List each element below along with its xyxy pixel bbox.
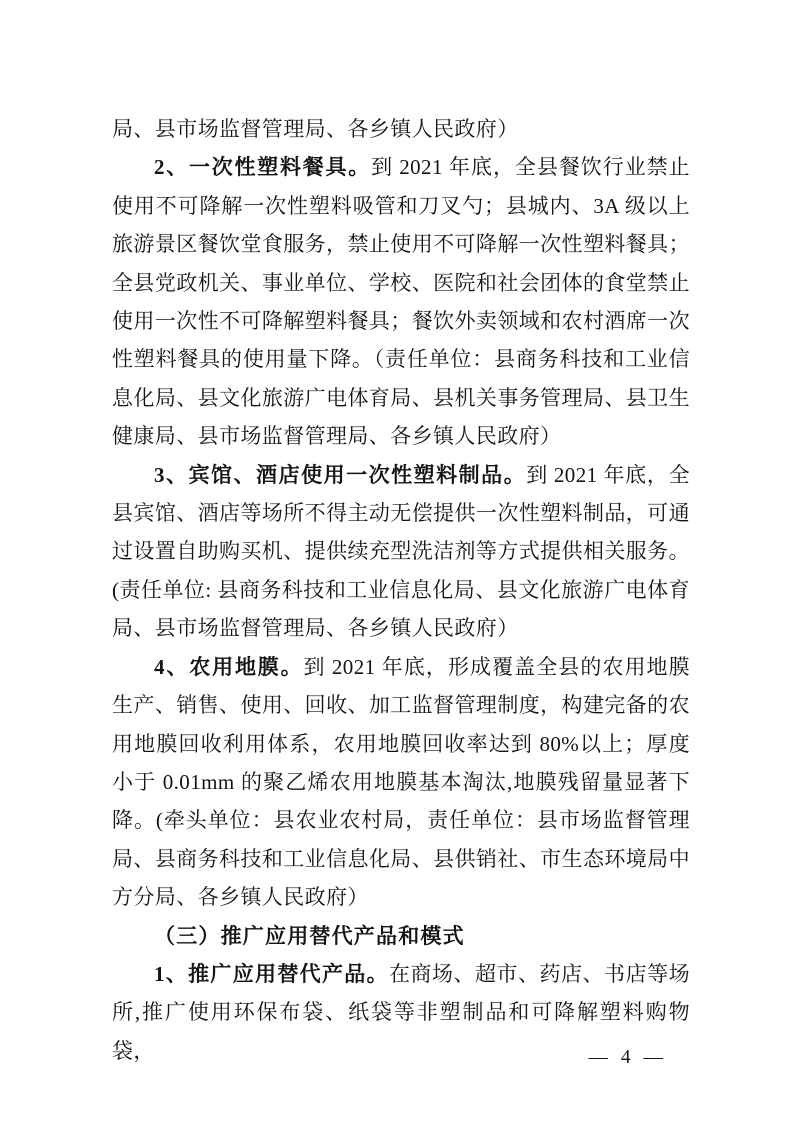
- page-footer: — 4 —: [0, 1046, 793, 1076]
- page-number: — 4 —: [589, 1046, 668, 1070]
- document-body: 局、县市场监督管理局、各乡镇人民政府） 2、一次性塑料餐具。到 2021 年底，…: [112, 110, 690, 1070]
- paragraph-continuation: 局、县市场监督管理局、各乡镇人民政府）: [112, 110, 690, 148]
- document-page: 局、县市场监督管理局、各乡镇人民政府） 2、一次性塑料餐具。到 2021 年底，…: [0, 0, 793, 1122]
- paragraph-disposable-tableware: 2、一次性塑料餐具。到 2021 年底，全县餐饮行业禁止使用不可降解一次性塑料吸…: [112, 148, 690, 455]
- paragraph-lead: 2、一次性塑料餐具。: [154, 155, 371, 179]
- section-heading-text: （三）推广应用替代产品和模式: [154, 924, 465, 948]
- paragraph-hotel-plastic-products: 3、宾馆、酒店使用一次性塑料制品。到 2021 年底，全县宾馆、酒店等场所不得主…: [112, 456, 690, 648]
- paragraph-text: 到 2021 年底，全县餐饮行业禁止使用不可降解一次性塑料吸管和刀叉勺；县城内、…: [112, 155, 690, 448]
- section-heading-alternatives: （三）推广应用替代产品和模式: [112, 917, 690, 955]
- paragraph-lead: 4、农用地膜。: [154, 655, 304, 679]
- paragraph-text: 局、县市场监督管理局、各乡镇人民政府）: [112, 117, 519, 141]
- paragraph-agricultural-mulch-film: 4、农用地膜。到 2021 年底，形成覆盖全县的农用地膜生产、销售、使用、回收、…: [112, 648, 690, 917]
- paragraph-text: 到 2021 年底，全县宾馆、酒店等场所不得主动无偿提供一次性塑料制品，可通过设…: [112, 463, 690, 641]
- paragraph-lead: 3、宾馆、酒店使用一次性塑料制品。: [154, 463, 526, 487]
- paragraph-text: 到 2021 年底，形成覆盖全县的农用地膜生产、销售、使用、回收、加工监督管理制…: [112, 655, 690, 909]
- paragraph-lead: 1、推广应用替代产品。: [154, 962, 389, 986]
